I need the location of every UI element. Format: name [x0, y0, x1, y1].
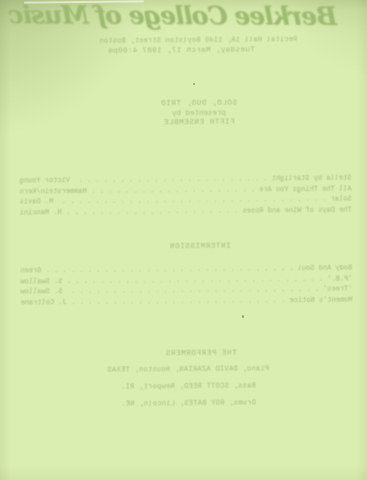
ink-speck	[193, 83, 195, 85]
composer-name: Hammerstein/Kern	[20, 186, 87, 197]
scan-tilt-layer: Berklee College of Music Recital Hall 1A…	[0, 0, 367, 480]
composer-name: Green	[20, 266, 41, 277]
berklee-logo: Berklee College of Music	[11, 0, 337, 31]
program-set-2: Body And Soul . . . . . . . . . . . . . …	[20, 264, 352, 309]
composer-name: J. Coltrane	[20, 298, 66, 309]
performer-line: Piano, DAVID AZARIAN, Houston, TEXAS	[21, 365, 355, 376]
composer-name: Victor Young	[19, 176, 70, 187]
program-row: The Days of Wine and Roses . . . . . . .…	[20, 205, 352, 218]
scanned-program-page: Berklee College of Music Recital Hall 1A…	[0, 0, 367, 480]
performer-line: Drums, ROY BATES, Lincoln, NE.	[21, 399, 355, 410]
venue-address-line: Recital Hall 1A, 1140 Boylston Street, B…	[31, 35, 365, 46]
dot-leader: . . . . . . . . . . . . . . . . . . . . …	[66, 206, 239, 218]
dot-leader: . . . . . . . . . . . . . . . . . . . . …	[71, 296, 286, 308]
composer-name: H. Mancini	[20, 208, 62, 219]
song-title: 'Trees'	[323, 285, 352, 296]
song-title: Solar	[331, 195, 352, 206]
composer-name: S. Swallow	[20, 287, 62, 298]
song-title: Moment's Notice	[289, 295, 352, 306]
song-title: 'P.B.'	[327, 274, 352, 285]
song-title: The Days of Wine and Roses	[242, 205, 351, 216]
program-row: Moment's Notice . . . . . . . . . . . . …	[20, 295, 352, 308]
song-title: Body And Soul	[298, 264, 353, 275]
date-text: Tuesday, March 17, 1987	[142, 46, 255, 55]
performer-line: Bass, SCOTT REED, Newport, RI.	[21, 382, 355, 393]
mirrored-content-layer: Berklee College of Music Recital Hall 1A…	[0, 0, 367, 480]
performers-heading: THE PERFORMERS	[34, 348, 367, 359]
program-title: SOLO, DUO, TRIO	[32, 98, 366, 109]
song-title: Stella by Starlight	[272, 174, 352, 185]
ensemble-name: FIFTH ENSEMBLE	[32, 117, 366, 128]
song-title: All The Things You Are	[259, 184, 352, 195]
intermission-heading: INTERMISSION	[33, 241, 367, 252]
ink-speck	[242, 315, 244, 318]
composer-name: M. Davis	[20, 197, 54, 208]
date-line: Tuesday, March 17, 1987 4:00pm	[31, 45, 365, 56]
time-text: 4:00pm	[108, 47, 137, 55]
program-set-1: Stella by Starlight . . . . . . . . . . …	[19, 174, 351, 219]
composer-name: S. Swallow	[20, 277, 62, 288]
